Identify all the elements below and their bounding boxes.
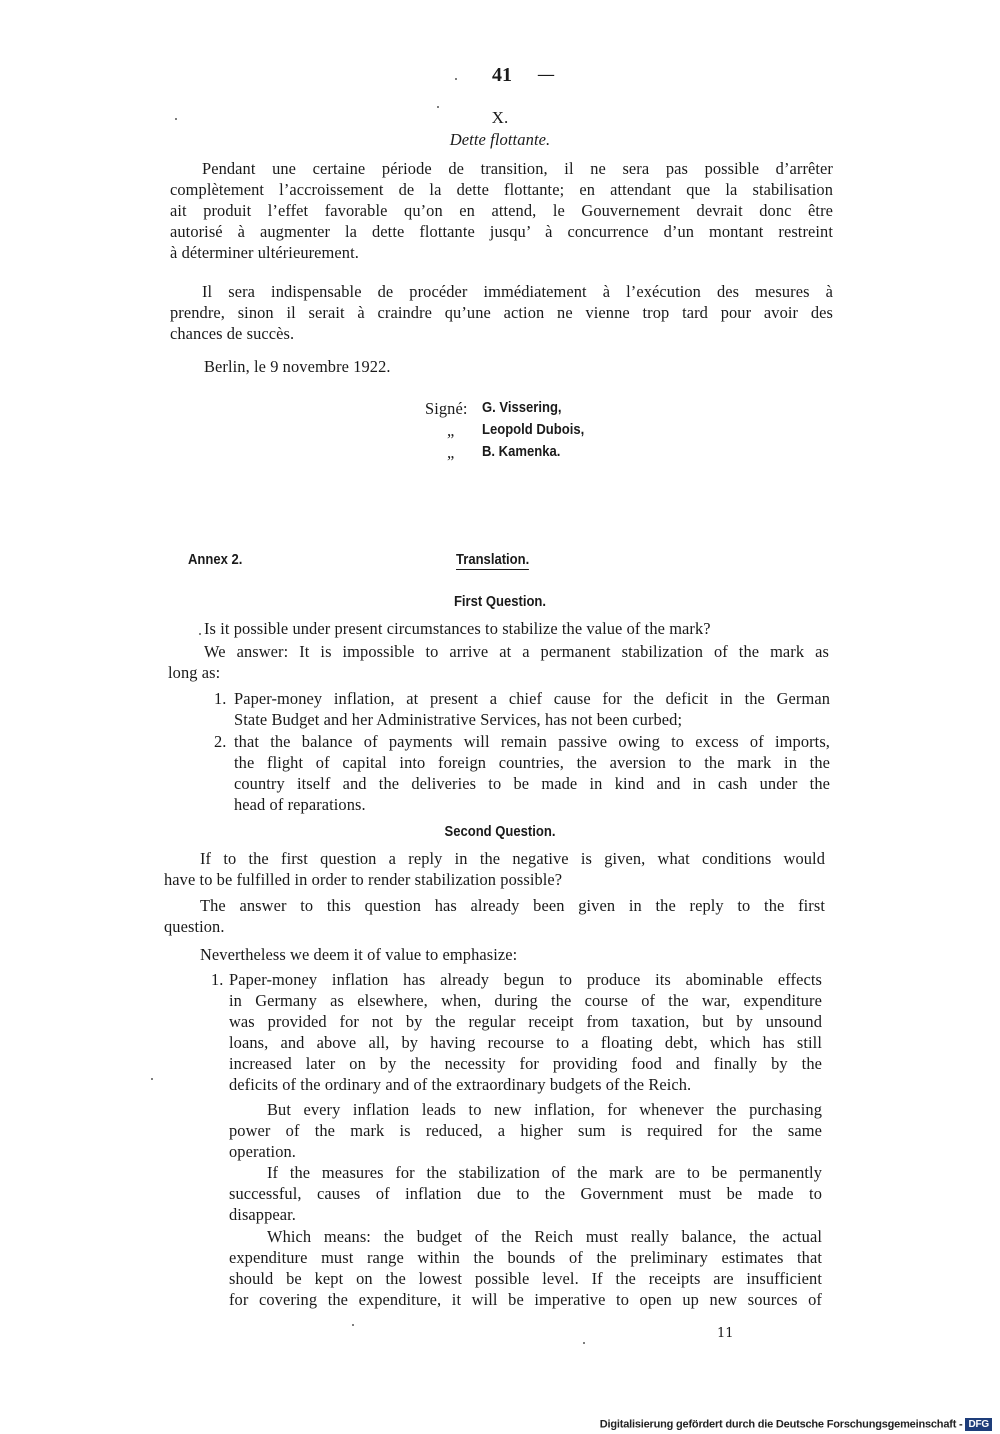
first-question-answer: We answer: It is impossible to arrive at…: [168, 641, 829, 683]
scan-speck: [151, 1078, 153, 1080]
text-line: We answer: It is impossible to arrive at…: [168, 641, 829, 662]
text-line: operation.: [229, 1141, 822, 1162]
scan-speck: [455, 78, 457, 80]
sub-paragraph-2: If the measures for the stabilization of…: [229, 1162, 822, 1225]
text-line: Which means: the budget of the Reich mus…: [229, 1226, 822, 1247]
text-line: ait produit l’effet favorable qu’on en a…: [170, 200, 833, 221]
text-line: in Germany as elsewhere, when, during th…: [229, 990, 822, 1011]
digitization-credit: Digitalisierung gefördert durch die Deut…: [600, 1418, 992, 1431]
second-question-answer: The answer to this question has already …: [164, 895, 825, 937]
text-line: for covering the expenditure, it will be…: [229, 1289, 822, 1310]
text-line: the flight of capital into foreign count…: [234, 752, 830, 773]
first-question-text: Is it possible under present circumstanc…: [204, 618, 711, 639]
text-line: autorisé à augmenter la dette flottante …: [170, 221, 833, 242]
text-line: à déterminer ultérieurement.: [170, 242, 833, 263]
second-question-text: If to the first question a reply in the …: [164, 848, 825, 890]
emphasis-intro: Nevertheless we deem it of value to emph…: [200, 944, 517, 965]
text-line: The answer to this question has already …: [164, 895, 825, 916]
text-line: increased later on by the necessity for …: [229, 1053, 822, 1074]
signatory: B. Kamenka.: [482, 444, 560, 460]
answer-list-item-2: 2. that the balance of payments will rem…: [214, 731, 830, 817]
text-line: State Budget and her Administrative Serv…: [234, 709, 830, 730]
text-line: Paper-money inflation, at present a chie…: [234, 688, 830, 709]
sub-paragraph-3: Which means: the budget of the Reich mus…: [229, 1226, 822, 1310]
page-number-dash: —: [537, 64, 555, 85]
text-line: But every inflation leads to new inflati…: [229, 1099, 822, 1120]
text-line: If to the first question a reply in the …: [164, 848, 825, 869]
scan-speck: [583, 1342, 585, 1344]
text-line: have to be fulfilled in order to render …: [164, 869, 825, 890]
text-line: long as:: [168, 662, 829, 683]
text-line: successful, causes of inflation due to t…: [229, 1183, 822, 1204]
section-title: Dette flottante.: [0, 129, 1000, 150]
text-line: expenditure must range within the bounds…: [229, 1247, 822, 1268]
text-line: power of the mark is reduced, a higher s…: [229, 1120, 822, 1141]
text-line: disappear.: [229, 1204, 822, 1225]
text-line: Paper-money inflation has already begun …: [229, 969, 822, 990]
answer-list-item-1: 1. Paper-money inflation, at present a c…: [214, 688, 830, 732]
ditto-mark: „: [447, 442, 454, 463]
page-number: 41: [492, 64, 512, 87]
signatory: Leopold Dubois,: [482, 422, 584, 438]
list-number: 1.: [214, 688, 227, 709]
text-line: Il sera indispensable de procéder immédi…: [170, 281, 833, 302]
list-number: 2.: [214, 731, 227, 752]
annex-title-text: Translation.: [456, 552, 529, 570]
list-number: 1.: [211, 969, 224, 990]
first-question-heading: First Question.: [50, 594, 950, 610]
second-question-heading: Second Question.: [50, 824, 950, 840]
text-line: head of reparations.: [234, 794, 830, 815]
text-line: complètement l’accroissement de la dette…: [170, 179, 833, 200]
text-line: was provided for not by the regular rece…: [229, 1011, 822, 1032]
annex-title: Translation.: [456, 552, 529, 568]
text-line: deficits of the ordinary and of the extr…: [229, 1074, 822, 1095]
section-number: X.: [0, 107, 1000, 128]
text-line: prendre, sinon il serait à craindre qu’u…: [170, 302, 833, 323]
text-line: Pendant une certaine période de transiti…: [170, 158, 833, 179]
credit-text: Digitalisierung gefördert durch die Deut…: [600, 1418, 963, 1430]
scan-speck: [199, 633, 201, 635]
dfg-logo: DFG: [965, 1418, 992, 1431]
text-line: that the balance of payments will remain…: [234, 731, 830, 752]
text-line: If the measures for the stabilization of…: [229, 1162, 822, 1183]
scan-speck: [352, 1324, 354, 1326]
text-line: loans, and above all, by having recourse…: [229, 1032, 822, 1053]
text-line: chances de succès.: [170, 323, 833, 344]
french-paragraph-2: Il sera indispensable de procéder immédi…: [170, 281, 833, 344]
sub-paragraph-1: But every inflation leads to new inflati…: [229, 1099, 822, 1162]
text-line: country itself and the deliveries to be …: [234, 773, 830, 794]
french-paragraph-1: Pendant une certaine période de transiti…: [170, 158, 833, 263]
text-line: question.: [164, 916, 825, 937]
ditto-mark: „: [447, 420, 454, 441]
document-page: 41 — X. Dette flottante. Pendant une cer…: [0, 0, 1000, 1434]
annex-label: Annex 2.: [188, 552, 242, 568]
emphasis-list-item-1: 1. Paper-money inflation has already beg…: [211, 969, 822, 1097]
place-date: Berlin, le 9 novembre 1922.: [204, 356, 391, 377]
text-line: should be kept on the lowest possible le…: [229, 1268, 822, 1289]
sheet-number: 11: [717, 1326, 734, 1341]
signed-label: Signé:: [425, 398, 468, 419]
signatory: G. Vissering,: [482, 400, 562, 416]
